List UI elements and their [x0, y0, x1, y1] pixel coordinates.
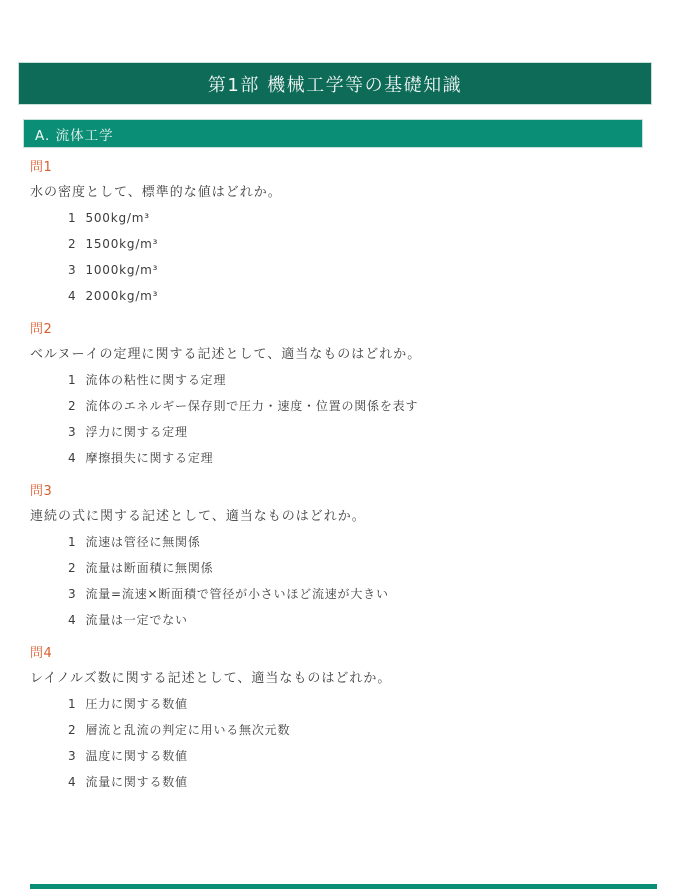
option-number: 4 — [68, 607, 76, 633]
section-header-bar: A. 流体工学 — [23, 119, 643, 148]
option-item: 2 流量は断面積に無関係 — [68, 555, 655, 581]
option-number: 3 — [68, 257, 76, 283]
option-text: 流量は断面積に無関係 — [85, 555, 213, 581]
option-text: 層流と乱流の判定に用いる無次元数 — [85, 717, 290, 743]
option-number: 3 — [68, 419, 76, 445]
option-item: 2 1500kg/m³ — [68, 231, 655, 257]
option-item: 4 流量に関する数値 — [68, 769, 655, 795]
option-item: 3 流量=流速×断面積で管径が小さいほど流速が大きい — [68, 581, 655, 607]
option-item: 4 流量は一定でない — [68, 607, 655, 633]
option-item: 1 500kg/m³ — [68, 205, 655, 231]
option-text: 流体のエネルギー保存則で圧力・速度・位置の関係を表す — [85, 393, 418, 419]
question-block: 問3 連続の式に関する記述として、適当なものはどれか。 1 流速は管径に無関係 … — [30, 484, 655, 633]
document-page: 第1部 機械工学等の基礎知識 A. 流体工学 問1 水の密度として、標準的な値は… — [0, 0, 685, 889]
option-text: 流量に関する数値 — [85, 769, 187, 795]
option-number: 2 — [68, 393, 76, 419]
option-text: 圧力に関する数値 — [85, 691, 187, 717]
option-number: 3 — [68, 743, 76, 769]
option-text: 2000kg/m³ — [85, 283, 158, 309]
option-number: 1 — [68, 205, 76, 231]
option-text: 1500kg/m³ — [85, 231, 158, 257]
option-text: 流量=流速×断面積で管径が小さいほど流速が大きい — [85, 581, 388, 607]
option-item: 1 流体の粘性に関する定理 — [68, 367, 655, 393]
option-text: 500kg/m³ — [85, 205, 149, 231]
options-list: 1 圧力に関する数値 2 層流と乱流の判定に用いる無次元数 3 温度に関する数値… — [68, 691, 655, 795]
options-list: 1 500kg/m³ 2 1500kg/m³ 3 1000kg/m³ 4 200… — [68, 205, 655, 309]
questions-list: 問1 水の密度として、標準的な値はどれか。 1 500kg/m³ 2 1500k… — [30, 160, 655, 808]
option-number: 1 — [68, 691, 76, 717]
options-list: 1 流速は管径に無関係 2 流量は断面積に無関係 3 流量=流速×断面積で管径が… — [68, 529, 655, 633]
question-text: ベルヌーイの定理に関する記述として、適当なものはどれか。 — [30, 346, 655, 363]
option-number: 1 — [68, 529, 76, 555]
option-item: 1 圧力に関する数値 — [68, 691, 655, 717]
option-text: 浮力に関する定理 — [85, 419, 187, 445]
question-block: 問1 水の密度として、標準的な値はどれか。 1 500kg/m³ 2 1500k… — [30, 160, 655, 309]
option-number: 4 — [68, 769, 76, 795]
next-section-bar-partial — [30, 884, 657, 889]
option-item: 2 層流と乱流の判定に用いる無次元数 — [68, 717, 655, 743]
option-item: 3 1000kg/m³ — [68, 257, 655, 283]
option-text: 流量は一定でない — [85, 607, 187, 633]
section-title: A. 流体工学 — [35, 124, 114, 144]
question-block: 問4 レイノルズ数に関する記述として、適当なものはどれか。 1 圧力に関する数値… — [30, 646, 655, 795]
option-text: 摩擦損失に関する定理 — [85, 445, 213, 471]
option-text: 流体の粘性に関する定理 — [85, 367, 226, 393]
question-number: 問1 — [30, 160, 655, 176]
option-number: 2 — [68, 555, 76, 581]
question-number: 問3 — [30, 484, 655, 500]
question-number: 問4 — [30, 646, 655, 662]
question-text: レイノルズ数に関する記述として、適当なものはどれか。 — [30, 670, 655, 687]
option-item: 4 2000kg/m³ — [68, 283, 655, 309]
part-title: 第1部 機械工学等の基礎知識 — [208, 71, 462, 97]
option-number: 4 — [68, 445, 76, 471]
options-list: 1 流体の粘性に関する定理 2 流体のエネルギー保存則で圧力・速度・位置の関係を… — [68, 367, 655, 471]
option-item: 2 流体のエネルギー保存則で圧力・速度・位置の関係を表す — [68, 393, 655, 419]
option-number: 3 — [68, 581, 76, 607]
option-item: 1 流速は管径に無関係 — [68, 529, 655, 555]
question-text: 連続の式に関する記述として、適当なものはどれか。 — [30, 508, 655, 525]
part-header-banner: 第1部 機械工学等の基礎知識 — [18, 62, 652, 105]
option-item: 4 摩擦損失に関する定理 — [68, 445, 655, 471]
option-number: 4 — [68, 283, 76, 309]
option-text: 1000kg/m³ — [85, 257, 158, 283]
question-text: 水の密度として、標準的な値はどれか。 — [30, 184, 655, 201]
option-number: 1 — [68, 367, 76, 393]
question-block: 問2 ベルヌーイの定理に関する記述として、適当なものはどれか。 1 流体の粘性に… — [30, 322, 655, 471]
question-number: 問2 — [30, 322, 655, 338]
option-number: 2 — [68, 717, 76, 743]
option-text: 温度に関する数値 — [85, 743, 187, 769]
option-item: 3 温度に関する数値 — [68, 743, 655, 769]
option-text: 流速は管径に無関係 — [85, 529, 200, 555]
option-number: 2 — [68, 231, 76, 257]
option-item: 3 浮力に関する定理 — [68, 419, 655, 445]
